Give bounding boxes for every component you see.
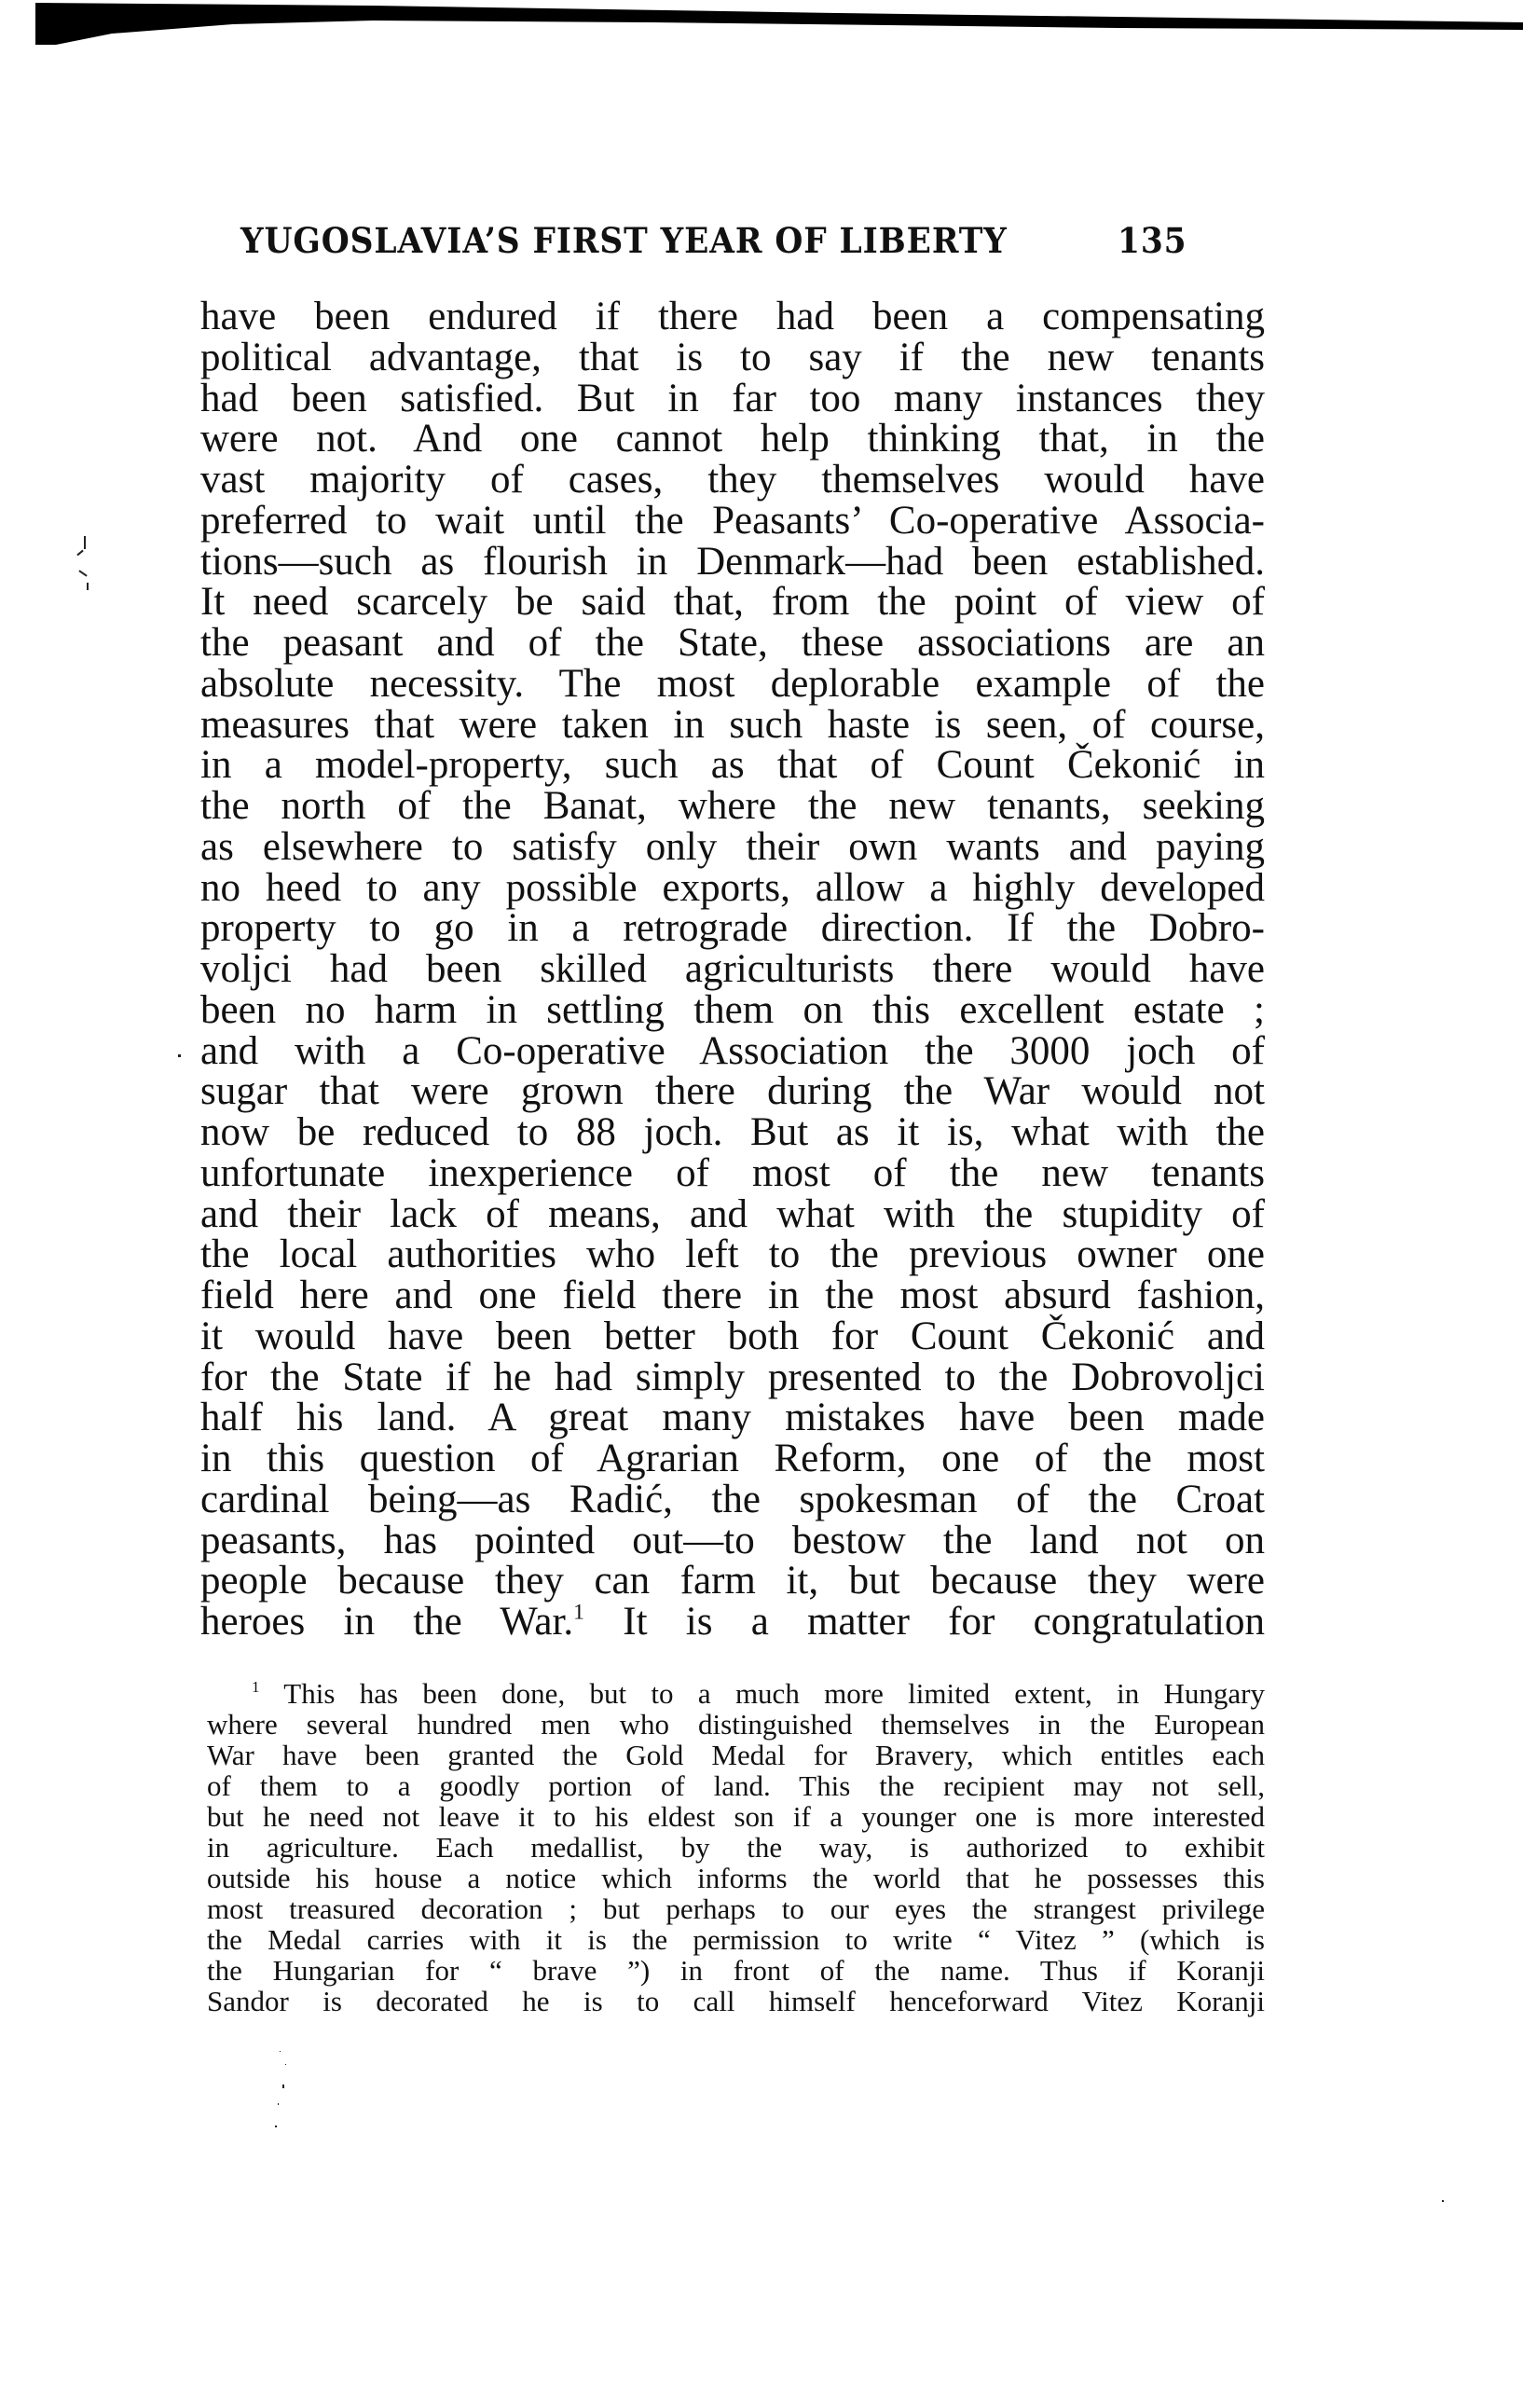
footnote-line: where several hundred men who distinguis… — [207, 1709, 1265, 1740]
footnote-line: the Hungarian for “ brave ”) in front of… — [207, 1955, 1265, 1986]
footnote-line: outside his house a notice which informs… — [207, 1863, 1265, 1893]
body-line: preferred to wait until the Peasants’ Co… — [200, 501, 1265, 542]
body-text-after-ref: It is a matter for congratulation — [584, 1600, 1265, 1644]
body-line: property to go in a retrograde direction… — [200, 908, 1265, 949]
footnote-line: but he need not leave it to his eldest s… — [207, 1801, 1265, 1832]
footnote: 1 This has been done, but to a much more… — [207, 1678, 1265, 2016]
body-text: have been endured if there had been a co… — [200, 296, 1265, 1643]
footnote-line: War have been granted the Gold Medal for… — [207, 1740, 1265, 1770]
body-line: sugar that were grown there during the W… — [200, 1071, 1265, 1112]
scan-speck — [1442, 2200, 1444, 2202]
body-line: the peasant and of the State, these asso… — [200, 623, 1265, 664]
scan-speck — [178, 1054, 181, 1057]
running-header: YUGOSLAVIA’S FIRST YEAR OF LIBERTY 135 — [240, 220, 1194, 265]
body-line: vast majority of cases, they themselves … — [200, 460, 1265, 501]
scan-speck — [87, 583, 89, 590]
body-line: were not. And one cannot help thinking t… — [200, 419, 1265, 460]
body-line: cardinal being—as Radić, the spokesman o… — [200, 1479, 1265, 1520]
body-line: political advantage, that is to say if t… — [200, 337, 1265, 378]
footnote-line: in agriculture. Each medallist, by the w… — [207, 1832, 1265, 1863]
body-line: the local authorities who left to the pr… — [200, 1234, 1265, 1275]
body-line: no heed to any possible exports, allow a… — [200, 868, 1265, 909]
body-line: been no harm in settling them on this ex… — [200, 990, 1265, 1031]
body-line: had been satisfied. But in far too many … — [200, 378, 1265, 420]
body-line: voljci had been skilled agriculturists t… — [200, 949, 1265, 990]
footnote-line: Sandor is decorated he is to call himsel… — [207, 1986, 1265, 2016]
body-line: as elsewhere to satisfy only their own w… — [200, 827, 1265, 868]
body-line: people because they can farm it, but bec… — [200, 1561, 1265, 1602]
body-line: peasants, has pointed out—to bestow the … — [200, 1520, 1265, 1562]
scan-speck — [285, 2064, 286, 2065]
body-line-last: heroes in the War.1 It is a matter for c… — [200, 1602, 1265, 1643]
body-line: have been endured if there had been a co… — [200, 296, 1265, 337]
body-line: absolute necessity. The most deplorable … — [200, 664, 1265, 705]
body-line: in a model-property, such as that of Cou… — [200, 745, 1265, 786]
scan-speck — [282, 2085, 284, 2088]
scan-speck — [280, 2051, 281, 2052]
body-line: and with a Co-operative Association the … — [200, 1031, 1265, 1072]
body-line: and their lack of means, and what with t… — [200, 1194, 1265, 1235]
body-line: It need scarcely be said that, from the … — [200, 582, 1265, 623]
body-line: for the State if he had simply presented… — [200, 1357, 1265, 1398]
footnote-reference[interactable]: 1 — [573, 1600, 584, 1624]
scan-speck — [84, 536, 86, 549]
footnote-first-line-text: This has been done, but to a much more l… — [260, 1677, 1265, 1710]
body-text-before-ref: heroes in the War. — [200, 1600, 573, 1644]
footnote-line: most treasured decoration ; but perhaps … — [207, 1893, 1265, 1924]
body-line: measures that were taken in such haste i… — [200, 705, 1265, 746]
scan-speck — [78, 570, 87, 576]
scan-speck — [275, 2126, 277, 2127]
footnote-line: of them to a goodly portion of land. Thi… — [207, 1770, 1265, 1801]
body-line: unfortunate inexperience of most of the … — [200, 1153, 1265, 1194]
body-line: half his land. A great many mistakes hav… — [200, 1397, 1265, 1438]
body-line: in this question of Agrarian Reform, one… — [200, 1438, 1265, 1479]
body-line: tions—such as flourish in Denmark—had be… — [200, 542, 1265, 583]
body-line: now be reduced to 88 joch. But as it is,… — [200, 1112, 1265, 1153]
scan-speck — [76, 550, 83, 557]
footnote-line: the Medal carries with it is the permiss… — [207, 1924, 1265, 1955]
running-title: YUGOSLAVIA’S FIRST YEAR OF LIBERTY — [240, 220, 1008, 261]
body-line: the north of the Banat, where the new te… — [200, 786, 1265, 827]
body-line: it would have been better both for Count… — [200, 1316, 1265, 1357]
page-number: 135 — [1118, 220, 1187, 261]
scan-edge-shadow — [0, 0, 1523, 56]
body-line: field here and one field there in the mo… — [200, 1275, 1265, 1316]
footnote-line-first: 1 This has been done, but to a much more… — [207, 1678, 1265, 1709]
footnote-marker: 1 — [252, 1678, 260, 1696]
scan-speck — [278, 2103, 279, 2105]
